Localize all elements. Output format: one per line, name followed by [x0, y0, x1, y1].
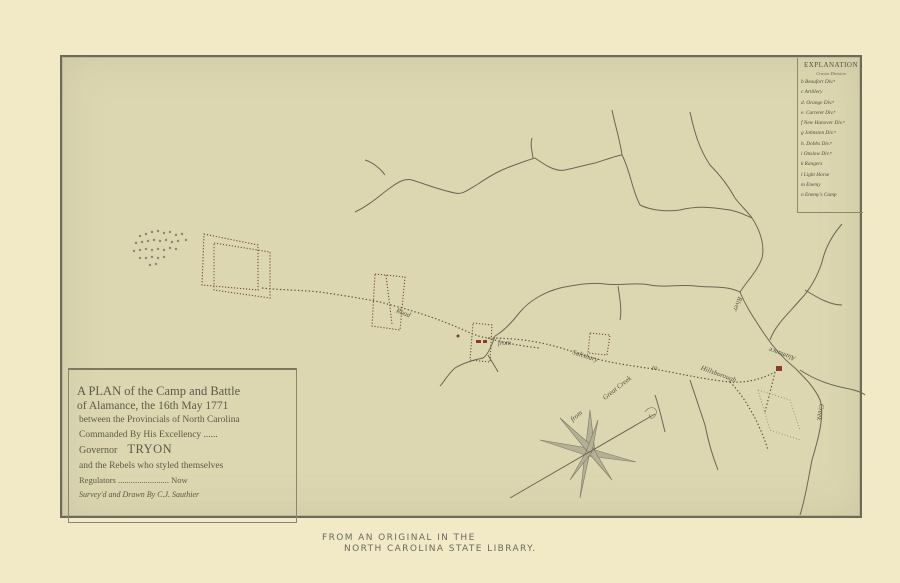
legend-item: d. Orange Div.ⁿ: [801, 98, 861, 108]
legend-item: n Enemy's Camp: [801, 190, 861, 200]
legend-item: g Johnston Div.ⁿ: [801, 128, 861, 138]
legend-item: f New Hanover Div.ⁿ: [801, 118, 861, 128]
caption-line-2: NORTH CAROLINA STATE LIBRARY.: [322, 544, 612, 555]
cartouche-tryon: TRYON: [127, 442, 172, 456]
legend-item: h. Dobbs Div.ⁿ: [801, 139, 861, 149]
cartouche-line-8: Survey'd and Drawn By C.J. Sauthier: [75, 488, 290, 503]
cartouche-line-5: GovernorTRYON: [75, 442, 290, 459]
source-caption: FROM AN ORIGINAL IN THE NORTH CAROLINA S…: [322, 533, 612, 555]
legend-item: c Artillery: [801, 87, 861, 97]
title-cartouche: A PLAN of the Camp and Battle of Alamanc…: [68, 368, 297, 523]
camp-outlines: [202, 234, 610, 362]
legend-item: m Enemy: [801, 180, 861, 190]
cartouche-line-1: A PLAN of the Camp and Battle: [75, 384, 290, 399]
cartouche-line-6: and the Rebels who styled themselves: [75, 459, 290, 474]
legend-item: i Onslow Div.ⁿ: [801, 149, 861, 159]
legend-item: k Rangers: [801, 159, 861, 169]
enemy-troops: [133, 230, 187, 266]
caption-line-1: FROM AN ORIGINAL IN THE: [322, 533, 612, 544]
cartouche-line-7: Regulators ........................ Now: [75, 473, 290, 488]
cartouche-line-4: Commanded By His Excellency ......: [75, 428, 290, 443]
cartouche-line-3: between the Provincials of North Carolin…: [75, 413, 290, 428]
cartouche-line-2: of Alamance, the 16th May 1771: [75, 399, 290, 414]
tracks: [758, 390, 800, 440]
compass-rose: [510, 408, 656, 498]
roads: [262, 288, 775, 450]
legend-item: e. Carteret Div.ⁿ: [801, 108, 861, 118]
legend-item: b Beaufort Div.ⁿ: [801, 77, 861, 87]
legend-subtitle: Craven Division: [801, 71, 861, 76]
legend-explanation: EXPLANATION Craven Division b Beaufort D…: [797, 58, 863, 213]
label-to: to: [652, 364, 657, 372]
label-from: from: [498, 339, 511, 347]
cartouche-governor: Governor: [79, 445, 117, 456]
legend-title: EXPLANATION: [801, 61, 861, 69]
legend-item: l Light Horse: [801, 170, 861, 180]
